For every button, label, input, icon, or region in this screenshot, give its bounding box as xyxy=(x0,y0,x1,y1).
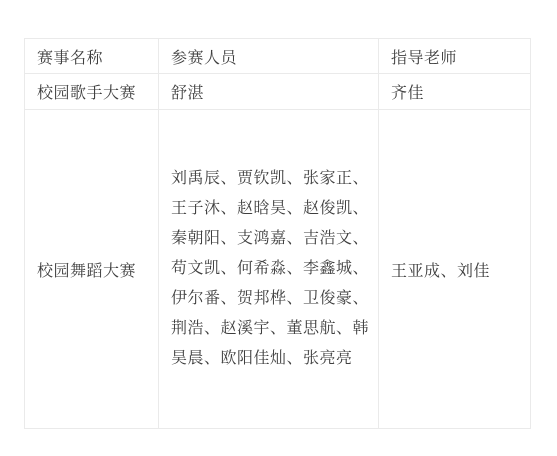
participants-cell: 刘禹辰、贾钦凯、张家正、王子沐、赵晗昊、赵俊凯、秦朝阳、支鸿嘉、吉浩文、苟文凯、… xyxy=(159,110,379,429)
column-header-participants: 参赛人员 xyxy=(159,39,379,74)
table-header-row: 赛事名称 参赛人员 指导老师 xyxy=(25,39,531,74)
participants-cell: 舒湛 xyxy=(159,74,379,110)
event-name-cell: 校园歌手大赛 xyxy=(25,74,159,110)
instructor-cell: 齐佳 xyxy=(379,74,531,110)
instructor-cell: 王亚成、刘佳 xyxy=(379,110,531,429)
column-header-instructor: 指导老师 xyxy=(379,39,531,74)
contest-results-table: 赛事名称 参赛人员 指导老师 校园歌手大赛 舒湛 齐佳 校园舞蹈大赛 刘禹辰、贾… xyxy=(24,38,531,429)
event-name-cell: 校园舞蹈大赛 xyxy=(25,110,159,429)
column-header-event-name: 赛事名称 xyxy=(25,39,159,74)
table-row-dance-contest: 校园舞蹈大赛 刘禹辰、贾钦凯、张家正、王子沐、赵晗昊、赵俊凯、秦朝阳、支鸿嘉、吉… xyxy=(25,110,531,429)
table-row-singing-contest: 校园歌手大赛 舒湛 齐佳 xyxy=(25,74,531,110)
